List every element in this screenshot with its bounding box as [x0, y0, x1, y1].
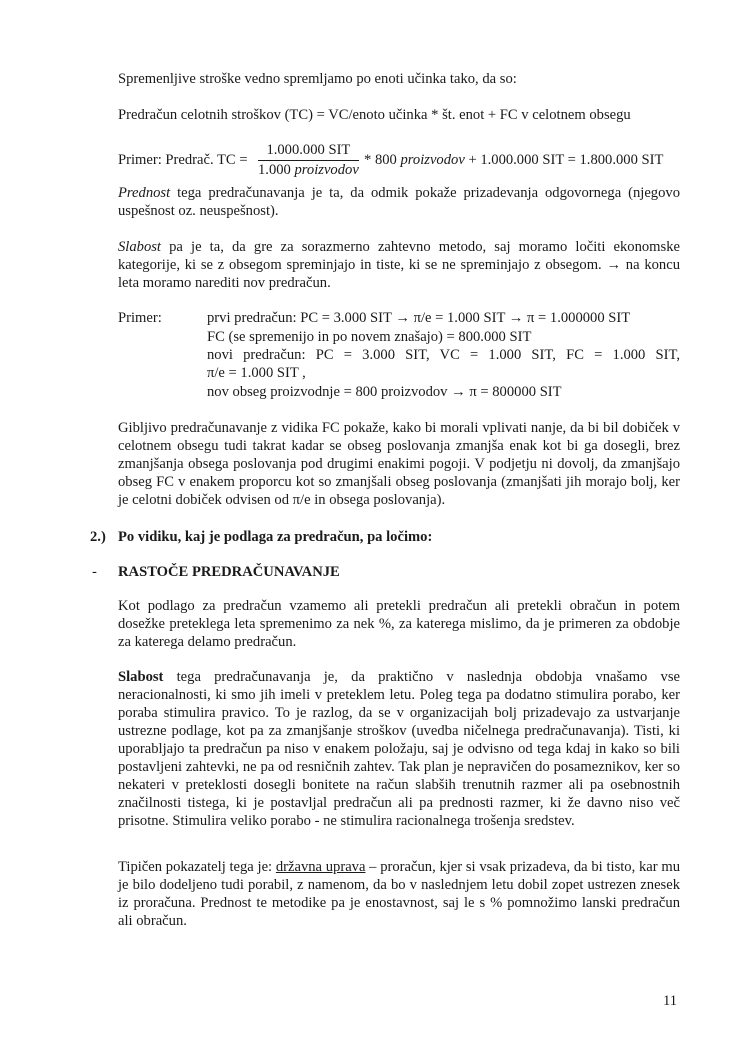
intro-text: Spremenljive stroške vedno spremljamo po…	[118, 70, 517, 88]
suffix-result: + 1.000.000 SIT = 1.800.000 SIT	[465, 152, 664, 168]
slabost-paragraph-2: Slabost tega predračunavanja je, da prak…	[118, 668, 680, 830]
tipicen-prefix: Tipičen pokazatelj tega je:	[118, 859, 276, 875]
prednost-text: tega predračunavanja je ta, da odmik pok…	[118, 185, 680, 219]
section-2-title: Po vidiku, kaj je podlaga za predračun, …	[118, 528, 432, 546]
suffix-multiplier: * 800	[364, 152, 400, 168]
slabost-label: Slabost	[118, 239, 161, 255]
fraction-denominator: 1.000 proizvodov	[258, 161, 359, 179]
tipicen-underlined: državna uprava	[276, 859, 366, 875]
example-2-line-1: prvi predračun: PC = 3.000 SIT → π/e = 1…	[207, 309, 630, 327]
tc-example-suffix: * 800 proizvodov + 1.000.000 SIT = 1.800…	[364, 151, 663, 169]
slabost-2-text: tega predračunavanja je, da praktično v …	[118, 669, 680, 829]
example-2-line-3: novi predračun: PC = 3.000 SIT, VC = 1.0…	[207, 346, 680, 364]
slabost-2-label: Slabost	[118, 669, 163, 685]
tc-example-prefix: Primer: Predrač. TC =	[118, 151, 248, 169]
prednost-paragraph: Prednost tega predračunavanja je ta, da …	[118, 184, 680, 220]
example-2-line-5: nov obseg proizvodnje = 800 proizvodov →…	[207, 383, 562, 401]
page-number: 11	[663, 993, 677, 1010]
subsection-bullet: -	[92, 563, 97, 581]
denominator-unit: proizvodov	[294, 162, 358, 178]
suffix-unit: proizvodov	[400, 152, 464, 168]
prednost-label: Prednost	[118, 185, 170, 201]
slabost-text: pa je ta, da gre za sorazmerno zahtevno …	[118, 239, 680, 291]
example-2-line-2: FC (se spremenijo in po novem znašajo) =…	[207, 328, 531, 346]
tc-fraction: 1.000.000 SIT 1.000 proizvodov	[258, 142, 359, 179]
slabost-paragraph-1: Slabost pa je ta, da gre za sorazmerno z…	[118, 238, 680, 292]
example-2-label: Primer:	[118, 309, 162, 327]
section-2-number: 2.)	[90, 528, 106, 546]
denominator-number: 1.000	[258, 162, 294, 178]
fraction-numerator: 1.000.000 SIT	[258, 142, 359, 161]
subsection-title: RASTOČE PREDRAČUNAVANJE	[118, 563, 340, 581]
gibljivo-paragraph: Gibljivo predračunavanje z vidika FC pok…	[118, 419, 680, 509]
example-2-line-4: π/e = 1.000 SIT ,	[207, 364, 306, 382]
kot-podlago-paragraph: Kot podlago za predračun vzamemo ali pre…	[118, 597, 680, 651]
document-page: Spremenljive stroške vedno spremljamo po…	[0, 0, 750, 1061]
tipicen-paragraph: Tipičen pokazatelj tega je: državna upra…	[118, 858, 680, 930]
tc-formula: Predračun celotnih stroškov (TC) = VC/en…	[118, 106, 631, 124]
